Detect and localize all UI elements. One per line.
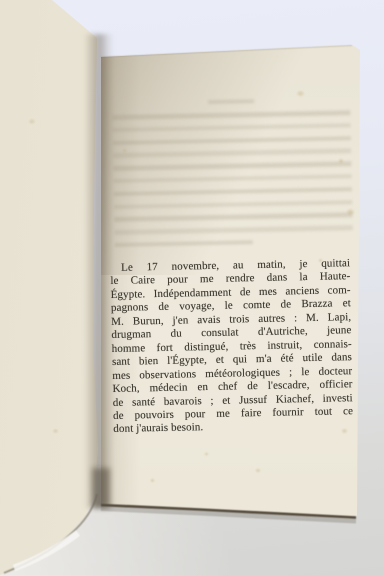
ghost-line	[115, 240, 253, 247]
foxing-spot	[346, 208, 355, 216]
foxing-spot	[338, 158, 344, 164]
foxing-spot	[204, 452, 209, 456]
ghost-line	[112, 110, 350, 119]
book-gutter-shadow	[84, 34, 114, 508]
ghost-line	[114, 213, 352, 222]
ghost-line	[115, 225, 353, 234]
ghost-line	[113, 123, 351, 132]
ghost-line	[114, 187, 352, 196]
ghost-line	[113, 149, 351, 158]
foxing-spot	[122, 148, 127, 153]
ghost-text-showthrough	[112, 97, 353, 256]
book-photo: Le 17 novembre, au matin, je quittai le …	[0, 0, 384, 576]
ghost-line	[114, 174, 352, 183]
page-text: Le 17 novembre, au matin, je quittai le …	[110, 257, 353, 437]
foxing-spot	[341, 428, 348, 434]
paper-spot	[52, 428, 59, 434]
foxing-spot	[318, 258, 323, 263]
foxing-spot	[296, 90, 305, 97]
foxing-spot	[255, 468, 261, 473]
ghost-line	[113, 136, 351, 145]
paper-spot	[28, 118, 36, 125]
foxing-spot	[150, 478, 155, 483]
ghost-line	[113, 161, 351, 170]
ghost-header-line	[208, 99, 254, 104]
gutter-bottom-shadow	[92, 468, 110, 508]
ghost-line	[114, 200, 352, 209]
